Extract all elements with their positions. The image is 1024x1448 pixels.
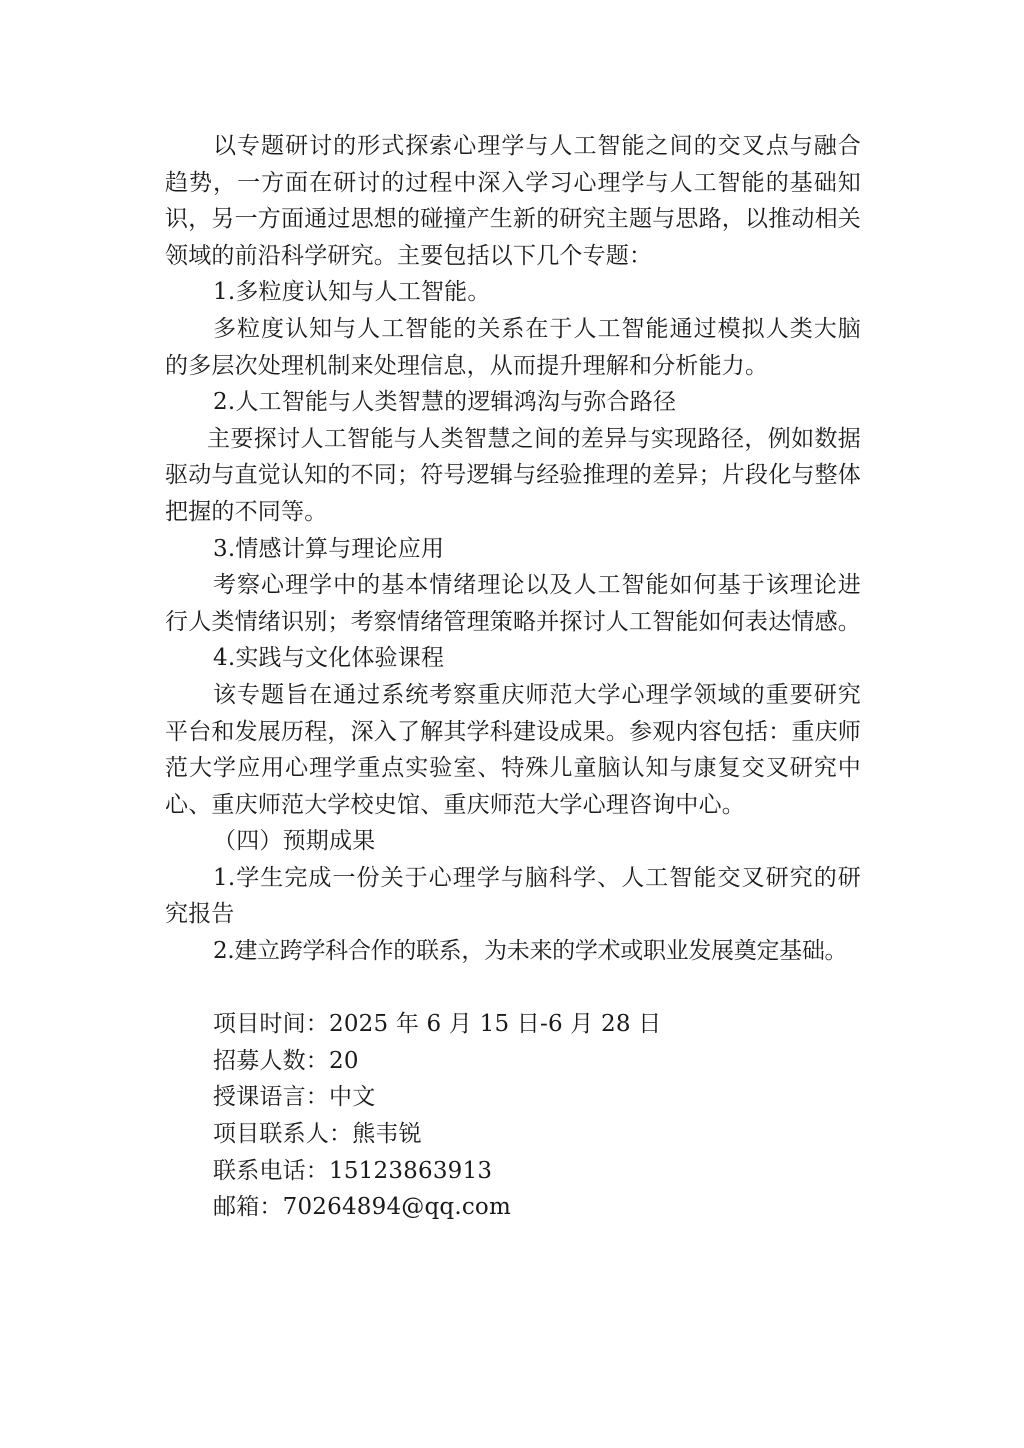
info-recruit-count: 招募人数：20 xyxy=(213,1043,861,1080)
info-label: 联系电话： xyxy=(213,1158,329,1184)
info-project-time: 项目时间：2025 年 6 月 15 日-6 月 28 日 xyxy=(213,1006,861,1043)
outcome-1: 1.学生完成一份关于心理学与脑科学、人工智能交叉研究的研究报告 xyxy=(165,860,861,933)
document-page: 以专题研讨的形式探索心理学与人工智能之间的交叉点与融合趋势，一方面在研讨的过程中… xyxy=(165,128,861,1226)
info-contact-person: 项目联系人：熊韦锐 xyxy=(213,1116,861,1153)
info-label: 授课语言： xyxy=(213,1084,329,1110)
info-value: 15123863913 xyxy=(329,1158,492,1184)
topic-3-body: 考察心理学中的基本情绪理论以及人工智能如何基于该理论进行人类情绪识别；考察情绪管… xyxy=(165,567,861,640)
info-value: 中文 xyxy=(329,1084,375,1110)
info-value: 2025 年 6 月 15 日-6 月 28 日 xyxy=(329,1011,661,1037)
topic-4-body: 该专题旨在通过系统考察重庆师范大学心理学领域的重要研究平台和发展历程，深入了解其… xyxy=(165,677,861,823)
topic-1-heading: 1.多粒度认知与人工智能。 xyxy=(165,274,861,311)
topic-2-body: 主要探讨人工智能与人类智慧之间的差异与实现路径，例如数据驱动与直觉认知的不同；符… xyxy=(165,421,861,531)
info-value: 熊韦锐 xyxy=(352,1121,422,1147)
info-value: 20 xyxy=(329,1048,359,1074)
info-teaching-language: 授课语言：中文 xyxy=(213,1079,861,1116)
info-label: 招募人数： xyxy=(213,1048,329,1074)
topic-4-heading: 4.实践与文化体验课程 xyxy=(165,640,861,677)
info-label: 项目联系人： xyxy=(213,1121,352,1147)
spacer xyxy=(165,970,861,1007)
info-contact-phone: 联系电话：15123863913 xyxy=(213,1153,861,1190)
section-expected-outcomes-heading: （四）预期成果 xyxy=(165,823,861,860)
project-info-block: 项目时间：2025 年 6 月 15 日-6 月 28 日 招募人数：20 授课… xyxy=(165,1006,861,1226)
intro-paragraph: 以专题研讨的形式探索心理学与人工智能之间的交叉点与融合趋势，一方面在研讨的过程中… xyxy=(165,128,861,274)
topic-3-heading: 3.情感计算与理论应用 xyxy=(165,531,861,568)
topic-2-heading: 2.人工智能与人类智慧的逻辑鸿沟与弥合路径 xyxy=(165,384,861,421)
topic-1-body: 多粒度认知与人工智能的关系在于人工智能通过模拟人类大脑的多层次处理机制来处理信息… xyxy=(165,311,861,384)
outcome-2: 2.建立跨学科合作的联系，为未来的学术或职业发展奠定基础。 xyxy=(165,933,861,970)
info-email: 邮箱：70264894@qq.com xyxy=(213,1189,861,1226)
info-value: 70264894@qq.com xyxy=(283,1194,511,1220)
info-label: 邮箱： xyxy=(213,1194,283,1220)
info-label: 项目时间： xyxy=(213,1011,329,1037)
